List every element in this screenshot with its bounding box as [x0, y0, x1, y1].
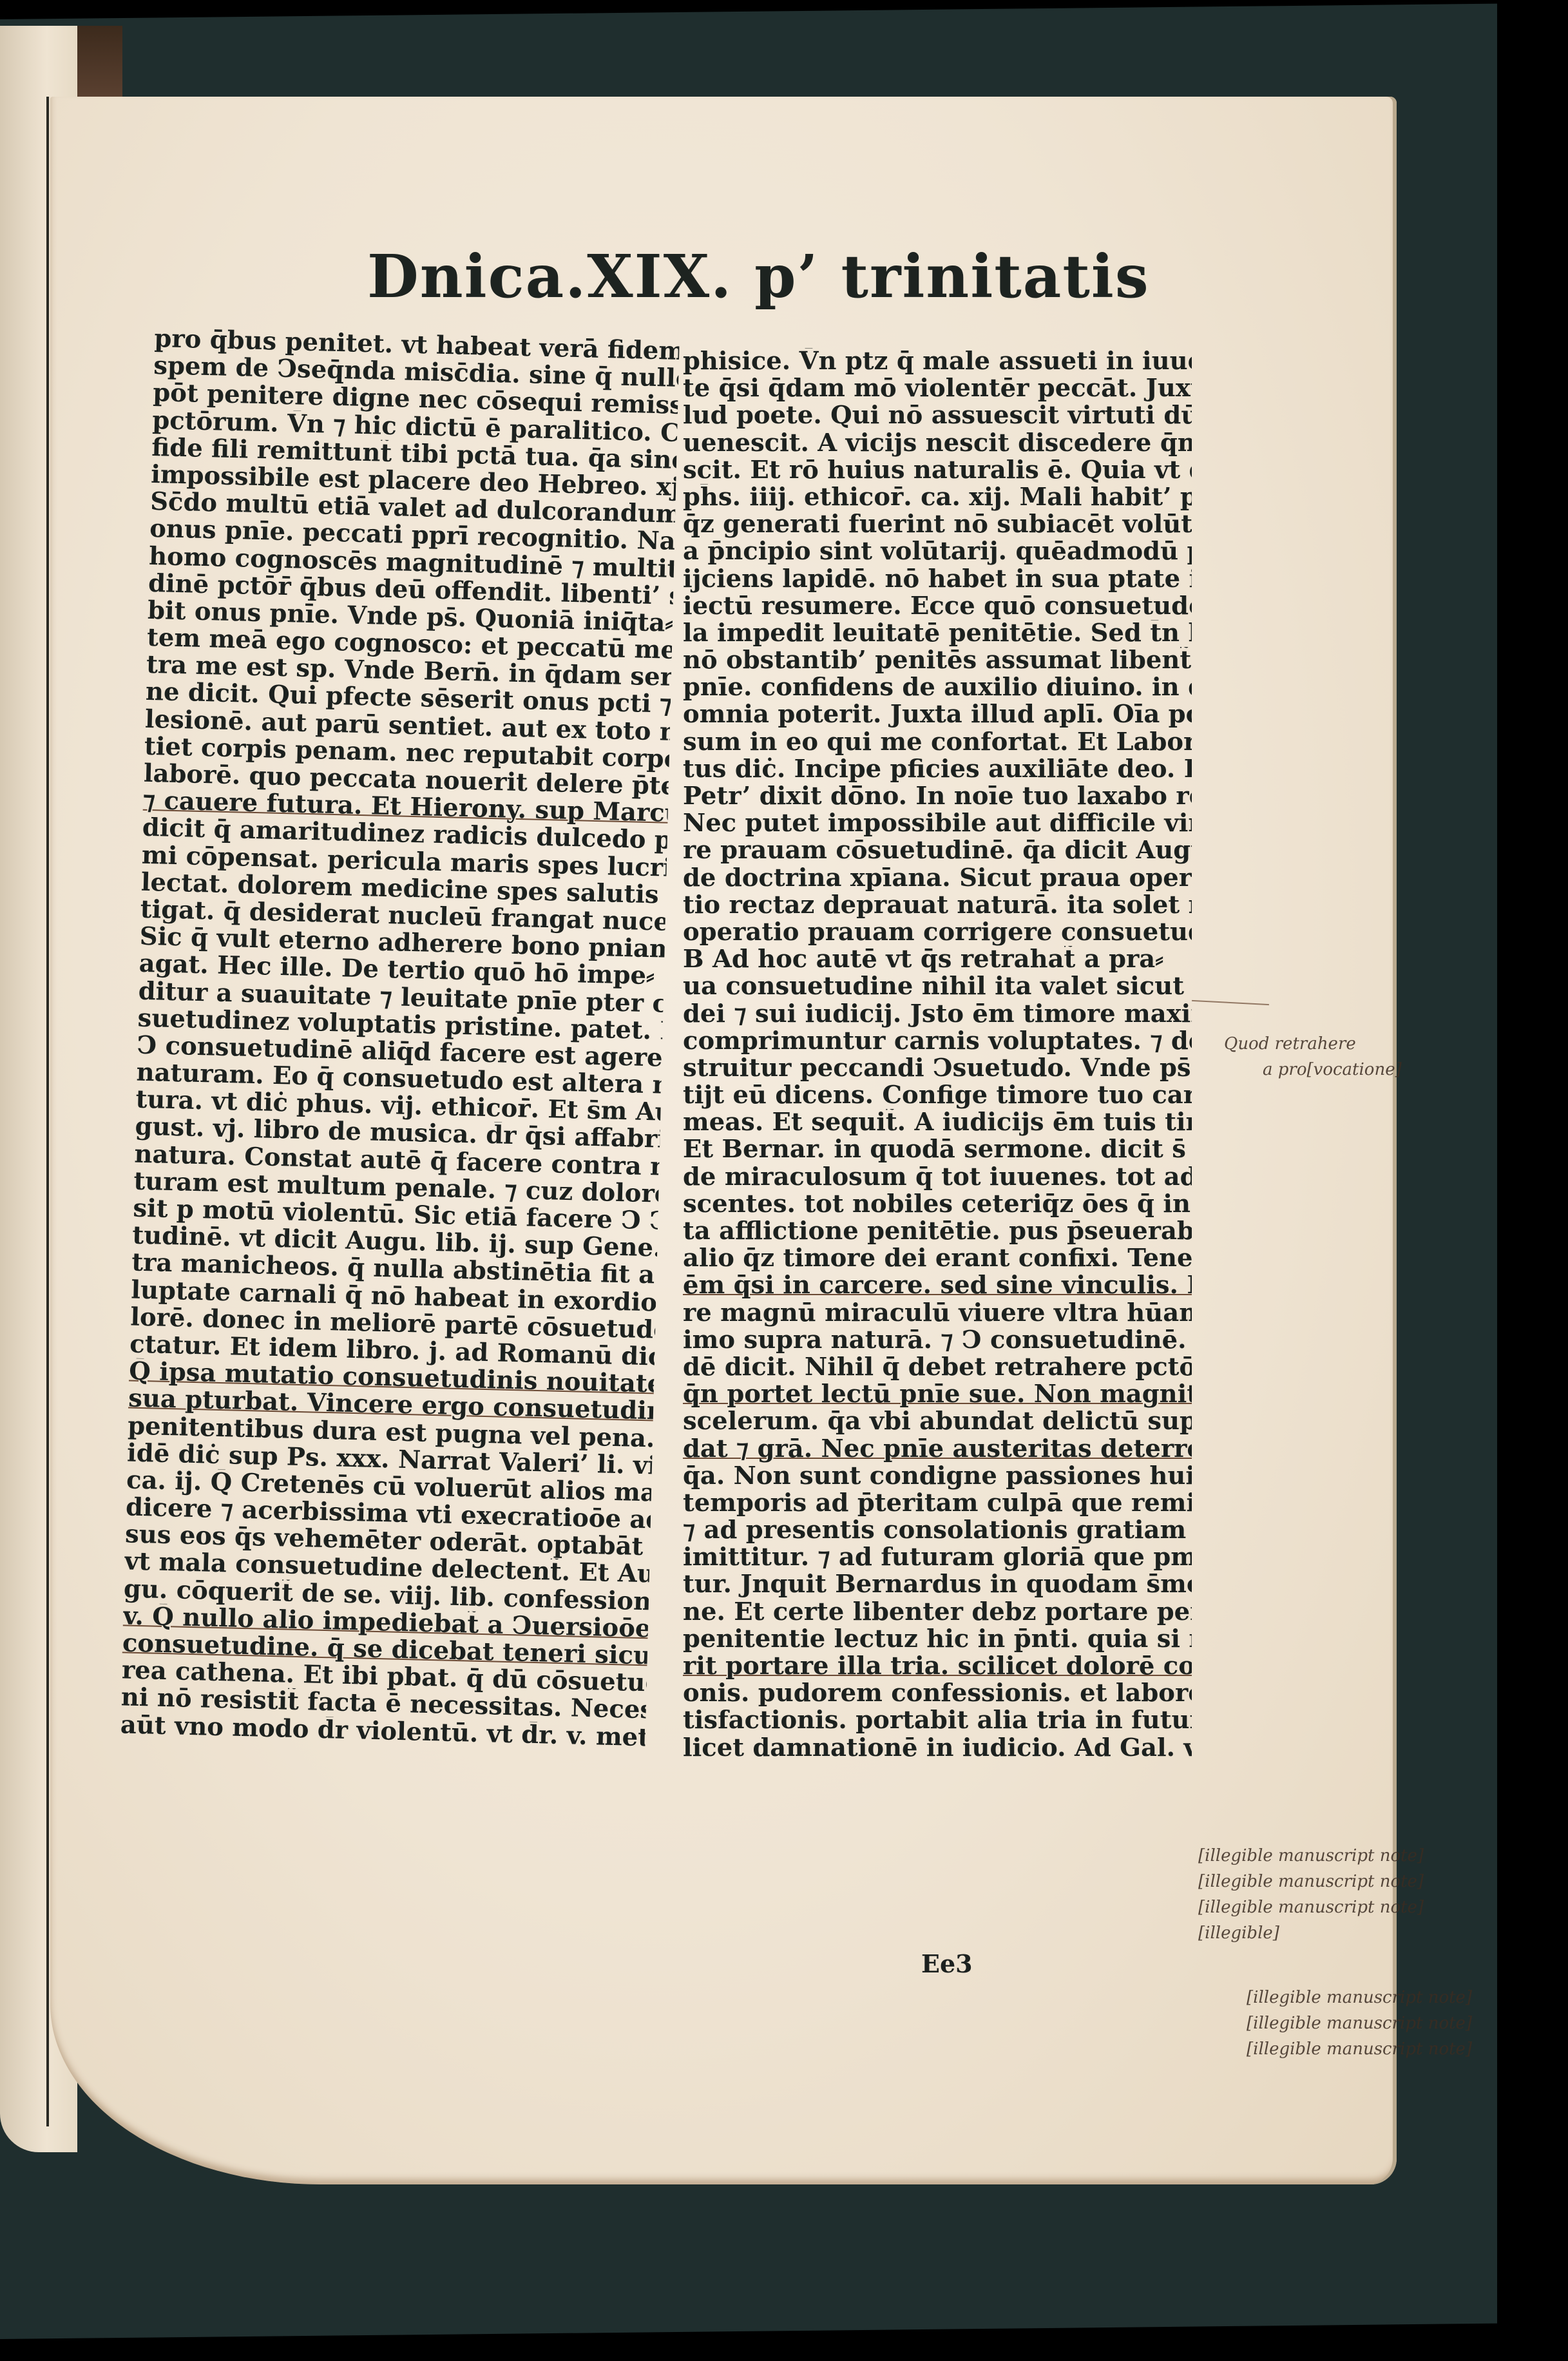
text-line: dē dicit. Nihil q̄ debet retrahere pctōr… — [683, 1354, 1192, 1381]
text-line: comprimuntur carnis voluptates. ⁊ de⸗ — [683, 1028, 1192, 1055]
text-line: Nec putet impossibile aut difficile vinc… — [683, 810, 1192, 837]
text-line: omnia poterit. Juxta illud aplī. Oīa pos… — [683, 701, 1192, 728]
text-line: imo supra naturā. ⁊ Ↄ consuetudinē. vt i… — [683, 1327, 1192, 1354]
text-line: pnīe. confidens de auxilio diuino. in qu… — [683, 674, 1192, 701]
text-line: penitentie lectuz hic in p̄nti. quia si … — [683, 1626, 1192, 1653]
text-line: la impedit leuitatē penitētie. Sed t̄n h… — [683, 620, 1192, 647]
text-line: tijt eū dicens. Confige timore tuo carne… — [683, 1082, 1192, 1109]
text-line: scelerum. q̄a vbi abundat delictū supabu… — [683, 1408, 1192, 1435]
left-text-column: pro q̄bus penitet. vt habeat verā fidem … — [120, 325, 679, 1751]
marginal-note-line: [illegible manuscript note] — [1247, 2036, 1472, 2062]
marginal-note-line: [illegible manuscript note] — [1198, 1843, 1424, 1869]
marginal-note-line: [illegible manuscript note] — [1247, 2010, 1472, 2036]
text-line: tus diċ. Incipe pficies auxiliāte deo. H… — [683, 756, 1192, 783]
text-line: tio rectaz deprauat naturā. ita solet re… — [683, 892, 1192, 919]
text-line: re magnū miraculū viuere vltra hūanam. — [683, 1300, 1192, 1327]
text-line: ⁊ ad presentis consolationis gratiam que — [683, 1517, 1192, 1544]
text-line: lud poete. Qui nō assuescit virtuti dū i… — [683, 402, 1192, 429]
text-line: te q̄si q̄dam mō violentēr peccāt. Juxta… — [683, 375, 1192, 402]
marginal-note-line: [illegible manuscript note] — [1198, 1894, 1424, 1920]
right-text-column: phisice. V̄n ptz q̄ male assueti in iuue… — [683, 348, 1192, 1762]
signature-mark: Ee3 — [921, 1949, 973, 1978]
text-line: B Ad hoc autē vt q̄s retrahat̃ a pra⸗ — [683, 946, 1192, 973]
text-line: iectū resumere. Ecce quō consuetudo ma — [683, 593, 1192, 620]
text-line: sum in eo qui me confortat. Et Laborin⸗ — [683, 729, 1192, 756]
text-line: re prauam cōsuetudinē. q̄a dicit Augu. l… — [683, 837, 1192, 864]
text-line: ne. Et certe libenter debz portare penit… — [683, 1599, 1192, 1626]
marginal-note-line: Quod retrahere — [1224, 1031, 1402, 1057]
scan-border — [1497, 0, 1568, 2361]
text-line: tur. Jnquit Bernardus in quodam s̄mo — [683, 1571, 1192, 1598]
marginal-note-line: [illegible manuscript note] — [1247, 1985, 1472, 2010]
text-line: alio q̄z timore dei erant confixi. Teneb… — [683, 1245, 1192, 1272]
text-line: ēm q̄si in carcere. sed sine vinculis. … — [683, 1272, 1192, 1299]
text-line: de miraculosum q̄ tot iuuenes. tot adole… — [683, 1164, 1192, 1191]
text-line: imittitur. ⁊ ad futuram gloriā que pmitt… — [683, 1544, 1192, 1571]
text-line: nō obstantib’ penitēs assumat libent̃ on… — [683, 647, 1192, 674]
text-line: rit portare illa tria. scilicet dolorē c… — [683, 1653, 1192, 1680]
text-line: operatio prauam corrigere consuetudinē — [683, 919, 1192, 946]
text-line: onis. pudorem confessionis. et laborem s… — [683, 1680, 1192, 1707]
text-line: struitur peccandi Ↄsuetudo. Vnde ps̄. pe — [683, 1055, 1192, 1082]
text-line: dat ⁊ grā. Nec pnīe austeritas deterreat… — [683, 1436, 1192, 1463]
text-line: ua consuetudine nihil ita valet sicut ti… — [683, 973, 1192, 1000]
text-line: Et Bernar. in quodā sermone. dicit s̄ va… — [683, 1136, 1192, 1163]
text-line: a p̄ncipio sint volūtarij. quēadmodū pro… — [683, 538, 1192, 565]
text-line: Petr’ dixit dō̄no. In noīe tuo laxabo re… — [683, 783, 1192, 810]
marginal-note-1: Quod retrahere a pro[vocatione] — [1224, 1031, 1402, 1083]
text-line: phisice. V̄n ptz q̄ male assueti in iuue… — [683, 348, 1192, 375]
text-line: scit. Et rō huius naturalis ē. Quia vt d… — [683, 457, 1192, 484]
text-line: temporis ad p̄teritam culpā que remittit… — [683, 1490, 1192, 1517]
marginal-note-2: [illegible manuscript note] [illegible m… — [1198, 1843, 1424, 1946]
marginal-note-line: [illegible manuscript note] — [1198, 1869, 1424, 1894]
text-line: tisfactionis. portabit alia tria in futu… — [683, 1707, 1192, 1734]
text-line: scentes. tot nobiles ceteriq̄z ōes q̄ i… — [683, 1191, 1192, 1218]
running-title: Dnica.XIX. p’ trinitatis — [367, 242, 1150, 311]
text-line: q̄z generati fuerint nō subiacēt volūtat… — [683, 511, 1192, 538]
text-line: de doctrina xpīana. Sicut praua opera⸗ — [683, 865, 1192, 892]
marginal-note-3: [illegible manuscript note] [illegible m… — [1247, 1985, 1472, 2062]
text-line: meas. Et sequit̃. A iudicijs ēm tuis ti… — [683, 1109, 1192, 1136]
text-line: licet damnationē in iudicio. Ad Gal. vlt… — [683, 1735, 1192, 1762]
text-line: q̄a. Non sunt condigne passiones huius — [683, 1463, 1192, 1490]
text-line: uenescit. A vicijs nescit discedere q̄n … — [683, 430, 1192, 457]
text-line: ph̄s. iiij. ethicor̄. ca. xij. Mali habi… — [683, 484, 1192, 511]
text-line: q̄n portet lectū pnīe sue. Non magnitudo — [683, 1381, 1192, 1408]
marginal-note-line: a pro[vocatione] — [1224, 1057, 1402, 1083]
marginal-note-line: [illegible] — [1198, 1920, 1424, 1946]
text-line: ta afflictione penitētie. pus p̄seuerabā… — [683, 1218, 1192, 1245]
gutter-fold — [46, 97, 49, 2126]
text-line: dei ⁊ sui iudicij. Jsto ēm timore maxim… — [683, 1001, 1192, 1028]
text-line: ijciens lapidē. nō habet in sua ptate iā… — [683, 566, 1192, 593]
